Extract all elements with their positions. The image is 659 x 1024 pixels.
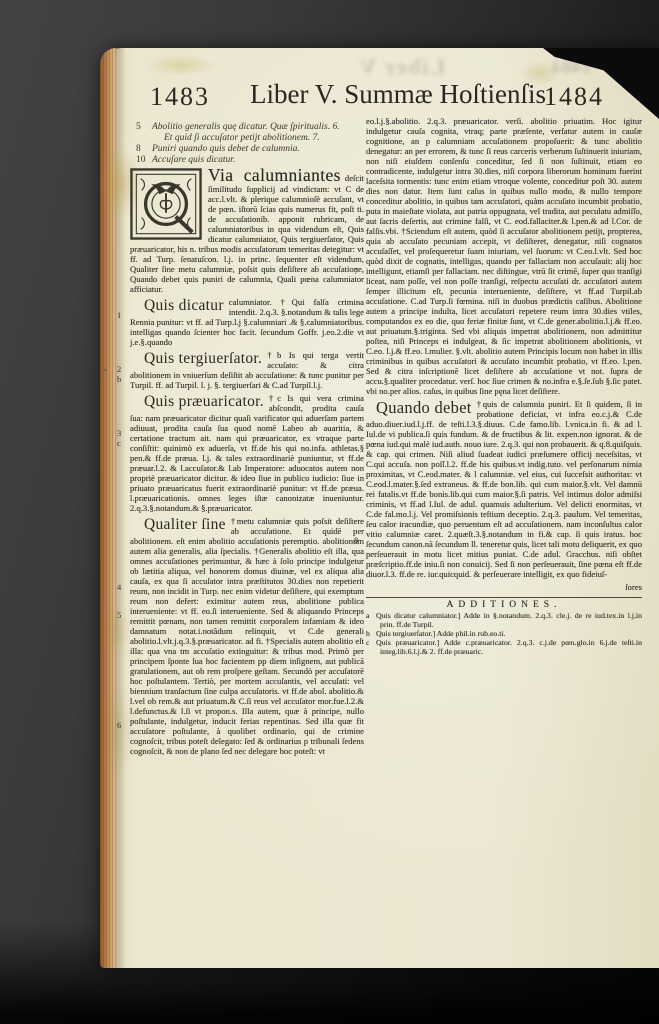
section-text: †metu calumniæ quis poſsit deſiſtere ab … bbox=[130, 516, 364, 756]
margin-number: 2 bbox=[117, 364, 121, 374]
section-qualiter-sine: Qualiter ſine†metu calumniæ quis poſsit … bbox=[130, 516, 364, 756]
section-heading: Qualiter ſine bbox=[144, 516, 226, 533]
intro-section: Via calumniantesdeſcit ſimilitudo ſuppli… bbox=[130, 166, 364, 294]
section-heading: Via calumniantes bbox=[208, 165, 341, 185]
woodcut-initial-q-icon bbox=[130, 168, 202, 240]
book-page: Liber V 1484 1483 Liber V. Summæ Hoſtien… bbox=[100, 48, 659, 968]
right-text-column: eo.l.j.§.abolitio. 2.q.3. præuaricator. … bbox=[366, 116, 642, 656]
running-title: Liber V. Summæ Hoſtienſis bbox=[242, 79, 554, 110]
section-text: †quis de calumnia puniri. Et ſi quidem, … bbox=[366, 399, 642, 579]
additiones-item-letter: c bbox=[366, 638, 376, 647]
margin-letter: c bbox=[117, 438, 121, 448]
fore-edge-shadow bbox=[116, 48, 126, 968]
section-heading: Quis dicatur bbox=[144, 297, 224, 314]
section-quando-debet: Quando debet†quis de calumnia puniri. Et… bbox=[366, 399, 642, 579]
scan-backdrop: Liber V 1484 1483 Liber V. Summæ Hoſtien… bbox=[0, 0, 659, 1024]
section-text: †c Is qui vera crimina abſcondit, prodit… bbox=[130, 393, 364, 513]
paper-stain bbox=[146, 54, 216, 76]
section-quis-dicatur: Quis dicaturcalumniator. †Qui falſa crim… bbox=[130, 297, 364, 347]
folio-number-right: 1484 bbox=[544, 82, 604, 112]
additiones-item: bQuis tergiuerſator.] Adde phil.in rub.e… bbox=[366, 629, 642, 638]
continuation-paragraph: eo.l.j.§.abolitio. 2.q.3. præuaricator. … bbox=[366, 116, 642, 396]
additiones-item-letter: a bbox=[366, 611, 376, 620]
index-item-text: Abolitio generalis quę dicatur. Quæ ſpir… bbox=[152, 122, 340, 132]
left-text-column: Via calumniantesdeſcit ſimilitudo ſuppli… bbox=[130, 166, 364, 759]
section-heading: Quando debet bbox=[376, 399, 472, 416]
margin-number: 1 bbox=[117, 310, 121, 320]
book-fore-edge bbox=[100, 48, 116, 968]
additiones-item: cQuis præuaricator.] Adde c.præuaricator… bbox=[366, 638, 642, 656]
ink-bleedthrough-ghost: Liber V bbox=[358, 54, 445, 80]
index-item-text: Puniri quando quis debet de calumnia. bbox=[152, 144, 300, 154]
section-quis-praeuaricator: Quis præuaricator.†c Is qui vera crimina… bbox=[130, 393, 364, 513]
index-item-text: Accuſare quis dicatur. bbox=[152, 155, 235, 165]
margin-number: 7 bbox=[354, 266, 358, 276]
index-item-number: 8 bbox=[136, 144, 152, 155]
margin-letter: b bbox=[117, 374, 121, 384]
section-heading: Quis tergiuerſator. bbox=[144, 350, 262, 367]
additiones-item-text: Quis dicatur calumniator.] Adde in §.not… bbox=[376, 611, 642, 629]
additiones-item-text: Quis tergiuerſator.] Adde phil.in rub.eo… bbox=[376, 629, 506, 638]
additiones-item-letter: b bbox=[366, 629, 376, 638]
margin-number: 4 bbox=[117, 582, 121, 592]
index-item-text: Et quid ſi accuſator petijt abolitionem.… bbox=[164, 133, 320, 143]
paragraph-text: eo.l.j.§.abolitio. 2.q.3. præuaricator. … bbox=[366, 116, 642, 396]
margin-number: 6 bbox=[117, 720, 121, 730]
additiones-item-text: Quis præuaricator.] Adde c.præuaricator.… bbox=[376, 638, 642, 656]
index-item-number: 5 bbox=[136, 122, 152, 133]
additiones-block: ADDITIONES. aQuis dicatur calumniator.] … bbox=[366, 597, 642, 656]
margin-number: 3 bbox=[117, 428, 121, 438]
index-item-number: 10 bbox=[136, 155, 152, 166]
section-heading: Quis præuaricator. bbox=[144, 393, 264, 410]
margin-number: 8 bbox=[354, 535, 358, 545]
additiones-heading: ADDITIONES. bbox=[366, 600, 642, 610]
margin-number: 5 bbox=[117, 610, 121, 620]
section-quis-tergiuersator: Quis tergiuerſator.†b Is qui terga verti… bbox=[130, 350, 364, 390]
additiones-item: aQuis dicatur calumniator.] Adde in §.no… bbox=[366, 611, 642, 629]
asterisk-mark: ∗ bbox=[103, 366, 107, 374]
catchword: ſores bbox=[366, 582, 642, 592]
folio-number-left: 1483 bbox=[150, 82, 210, 112]
